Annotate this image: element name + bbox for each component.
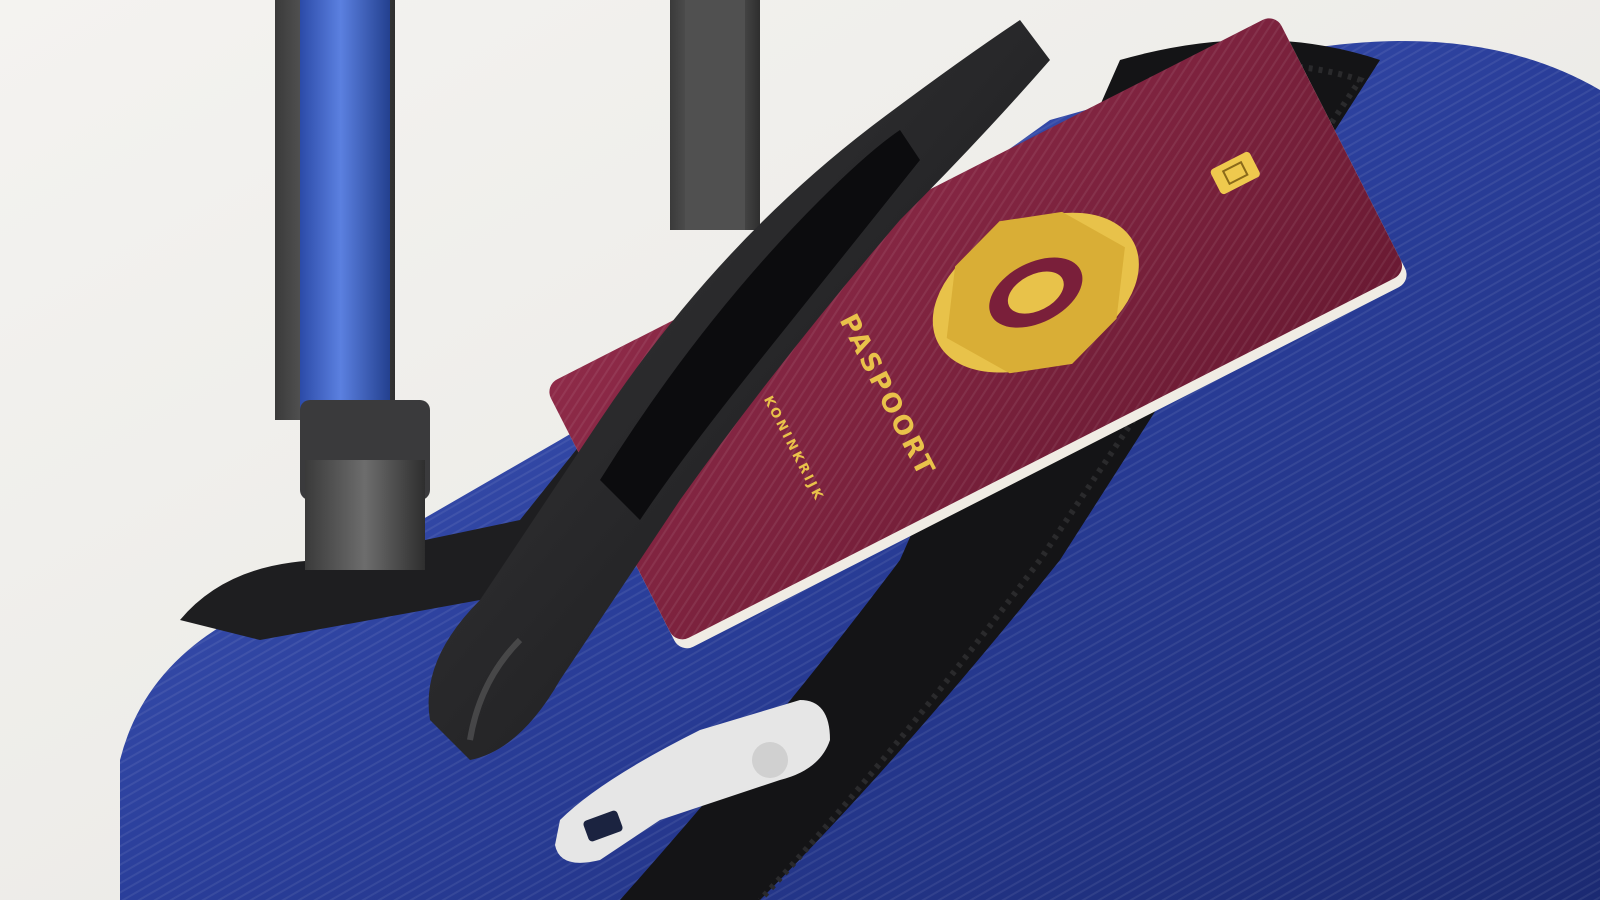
photo-scene: PASPOORT KONINKRIJK Close-up photo of a … [0,0,1600,900]
telescoping-handle-right [670,0,760,230]
photo-illustration: PASPOORT KONINKRIJK [0,0,1600,900]
